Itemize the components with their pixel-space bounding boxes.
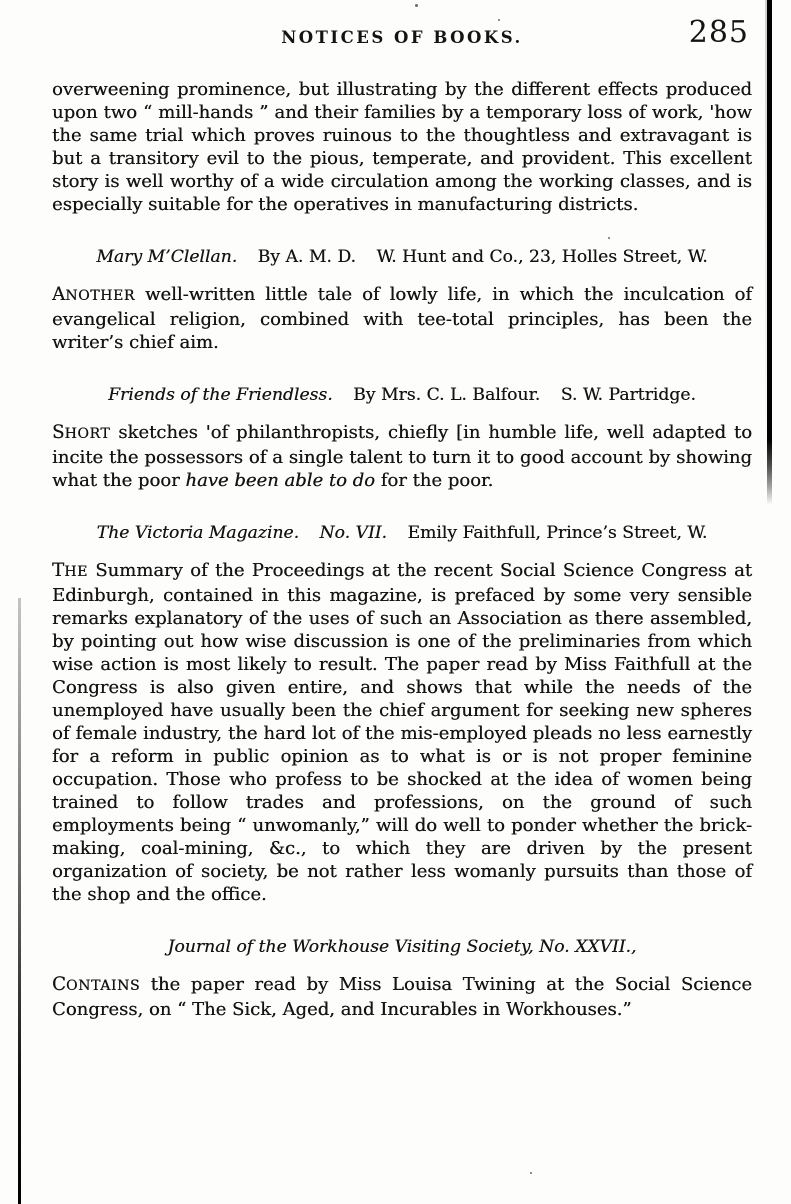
- book-entry-friends-of-the-friendless: Friends of the Friendless. By Mrs. C. L.…: [52, 384, 752, 492]
- entry-heading: Journal of the Workhouse Visiting Societ…: [52, 936, 752, 958]
- italic-phrase: have been able to do: [185, 470, 375, 491]
- lead-word: The: [52, 559, 88, 584]
- body-text: the paper read by Miss Louisa Twining at…: [52, 974, 752, 1020]
- lead-word: Contains: [52, 973, 140, 998]
- lead-word: Another: [52, 283, 135, 308]
- entry-publisher: Emily Faithfull, Prince’s Street, W.: [407, 523, 707, 543]
- continuation-paragraph: overweening prominence, but illustrating…: [52, 78, 752, 216]
- entry-byline: By Mrs. C. L. Balfour.: [353, 385, 540, 405]
- scan-edge-left: [18, 598, 21, 1204]
- page-number: 285: [689, 15, 749, 50]
- entry-heading: Friends of the Friendless. By Mrs. C. L.…: [52, 384, 752, 406]
- entry-title: Journal of the Workhouse Visiting Societ…: [168, 937, 637, 957]
- scan-edge-right: [767, 0, 772, 505]
- book-entry-workhouse-journal: Journal of the Workhouse Visiting Societ…: [52, 936, 752, 1021]
- entry-body: The Summary of the Proceedings at the re…: [52, 559, 752, 906]
- body-text: well-written little tale of lowly life, …: [52, 284, 752, 353]
- entry-byline: By A. M. D.: [258, 247, 356, 267]
- book-page: NOTICES OF BOOKS. 285 overweening promin…: [0, 0, 791, 1204]
- entry-body: Another well-written little tale of lowl…: [52, 283, 752, 354]
- entry-title: The Victoria Magazine.: [97, 523, 299, 543]
- entry-heading: Mary M’Clellan. By A. M. D. W. Hunt and …: [52, 246, 752, 268]
- entry-title: Mary M’Clellan.: [96, 247, 237, 267]
- page-header: NOTICES OF BOOKS. 285: [52, 20, 752, 54]
- book-entry-mary-mclellan: Mary M’Clellan. By A. M. D. W. Hunt and …: [52, 246, 752, 354]
- text-column: NOTICES OF BOOKS. 285 overweening promin…: [52, 20, 752, 1021]
- entry-title: Friends of the Friendless.: [108, 385, 333, 405]
- entry-body: Short sketches 'of philanthropists, chie…: [52, 421, 752, 492]
- scan-speck: [415, 4, 418, 7]
- entry-publisher: S. W. Partridge.: [561, 385, 696, 405]
- entry-issue-number: No. VII.: [320, 523, 387, 543]
- entry-publisher: W. Hunt and Co., 23, Holles Street, W.: [376, 247, 707, 267]
- running-title: NOTICES OF BOOKS.: [52, 20, 752, 47]
- lead-word: Short: [52, 421, 110, 446]
- body-tail: for the poor.: [375, 470, 493, 491]
- body-text: Summary of the Proceedings at the recent…: [52, 560, 752, 905]
- entry-heading: The Victoria Magazine. No. VII. Emily Fa…: [52, 522, 752, 544]
- scan-speck: [530, 1172, 532, 1174]
- entry-body: Contains the paper read by Miss Louisa T…: [52, 973, 752, 1021]
- book-entry-victoria-magazine: The Victoria Magazine. No. VII. Emily Fa…: [52, 522, 752, 906]
